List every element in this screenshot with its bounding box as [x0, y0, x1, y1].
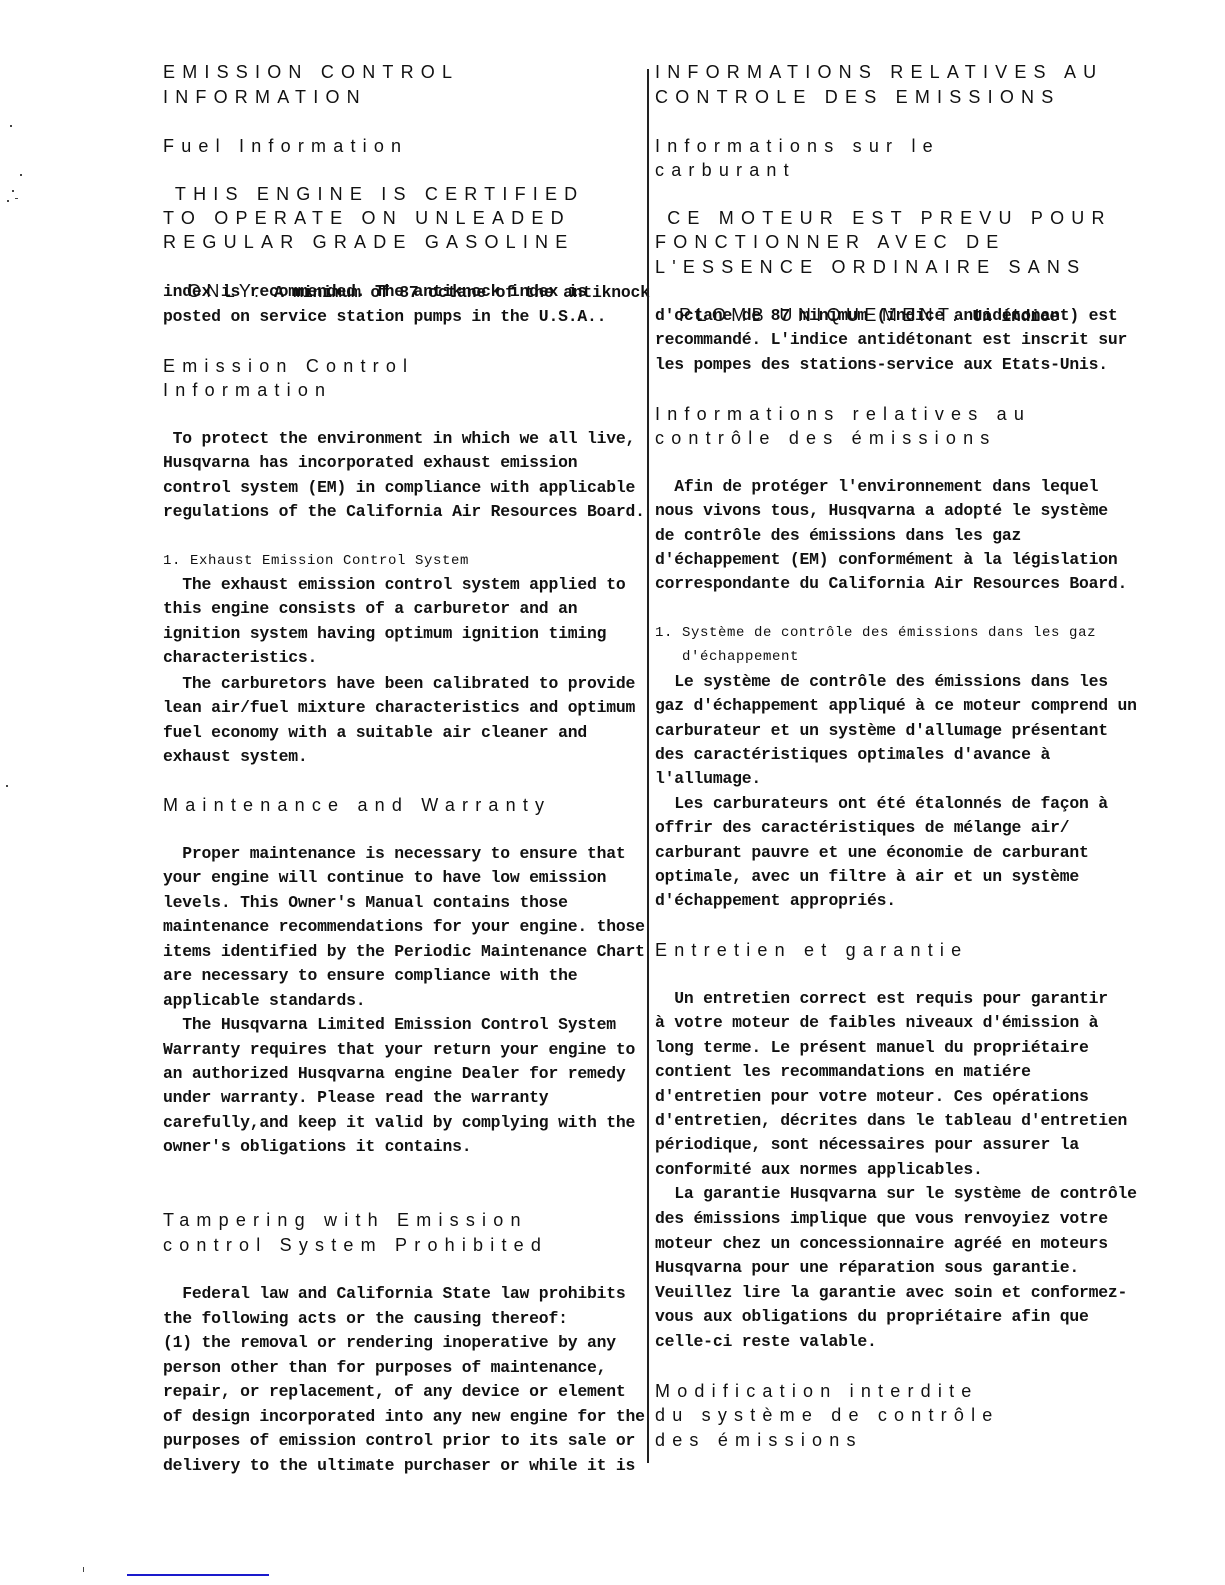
emission-body-line-1: To protect the environment in which we a…: [163, 427, 635, 451]
maintenance-body-fr-line-12: Husqvarna pour une réparation sous garan…: [655, 1256, 1079, 1280]
footer-blue-rule: [127, 1574, 269, 1576]
tampering-body-line-5: repair, or replacement, of any device or…: [163, 1380, 626, 1404]
scan-speck: [12, 190, 14, 192]
fuel-caps-line-2: TO OPERATE ON UNLEADED: [163, 206, 571, 230]
fuel-body-line-2: index is recommended. The antiknock inde…: [163, 280, 587, 304]
fuel-caps-fr-line-3: L'ESSENCE ORDINAIRE SANS: [655, 255, 1086, 279]
page-title-fr-line-2: CONTROLE DES EMISSIONS: [655, 85, 1060, 109]
exhaust-body-fr-line-5: l'allumage.: [655, 767, 761, 791]
maintenance-body-line-1: Proper maintenance is necessary to ensur…: [163, 842, 626, 866]
maintenance-body-line-8: The Husqvarna Limited Emission Control S…: [163, 1013, 616, 1037]
exhaust-subheading-fr-line-1: 1. Système de contrôle des émissions dan…: [655, 621, 1096, 645]
emission-heading-fr-line-2: contrôle des émissions: [655, 426, 997, 450]
emission-body-line-2: Husqvarna has incorporated exhaust emiss…: [163, 451, 577, 475]
exhaust-body-line-8: exhaust system.: [163, 745, 308, 769]
fuel-caps-fr-line-1: CE MOTEUR EST PREVU POUR: [655, 206, 1112, 230]
exhaust-body-line-6: lean air/fuel mixture characteristics an…: [163, 696, 635, 720]
maintenance-body-line-12: carefully,and keep it valid by complying…: [163, 1111, 635, 1135]
emission-body-line-3: control system (EM) in compliance with a…: [163, 476, 635, 500]
maintenance-body-fr-line-15: celle-ci reste valable.: [655, 1330, 877, 1354]
maintenance-body-fr-line-3: long terme. Le présent manuel du proprié…: [655, 1036, 1089, 1060]
scan-speck: [6, 785, 8, 787]
maintenance-body-fr-line-5: d'entretien pour votre moteur. Ces opéra…: [655, 1085, 1089, 1109]
maintenance-body-fr-line-7: périodique, sont nécessaires pour assure…: [655, 1133, 1079, 1157]
exhaust-body-fr-line-9: optimale, avec un filtre à air et un sys…: [655, 865, 1079, 889]
maintenance-body-fr-line-9: La garantie Husqvarna sur le système de …: [655, 1182, 1137, 1206]
scan-speck: [15, 198, 18, 199]
page-title-line-1: EMISSION CONTROL: [163, 60, 459, 84]
fuel-heading-fr-line-2: carburant: [655, 158, 796, 182]
maintenance-body-fr-line-10: des émissions implique que vous renvoyie…: [655, 1207, 1108, 1231]
scan-speck: [83, 1567, 84, 1572]
scan-speck: [7, 200, 9, 202]
fuel-information-heading: Fuel Information: [163, 134, 408, 158]
exhaust-body-fr-line-4: des caractéristiques optimales d'avance …: [655, 743, 1050, 767]
maintenance-body-line-7: applicable standards.: [163, 989, 365, 1013]
page-title-line-2: INFORMATION: [163, 85, 367, 109]
emission-heading-fr-line-1: Informations relatives au: [655, 402, 1031, 426]
exhaust-subheading-fr-line-2: d'échappement: [655, 645, 799, 669]
emission-control-heading-line-1: Emission Control: [163, 354, 414, 378]
column-divider: [647, 69, 649, 1463]
exhaust-body-fr-line-8: carburant pauvre et une économie de carb…: [655, 841, 1089, 865]
fuel-heading-fr-line-1: Informations sur le: [655, 134, 940, 158]
exhaust-body-fr-line-10: d'échappement appropriés.: [655, 889, 896, 913]
exhaust-body-line-3: ignition system having optimum ignition …: [163, 622, 606, 646]
emission-control-heading-line-2: Information: [163, 378, 332, 402]
maintenance-body-fr-line-6: d'entretien, décrites dans le tableau d'…: [655, 1109, 1127, 1133]
tampering-heading-fr-line-3: des émissions: [655, 1428, 863, 1452]
tampering-body-line-6: of design incorporated into any new engi…: [163, 1405, 645, 1429]
fuel-body-fr-line-2: recommandé. L'indice antidétonant est in…: [655, 328, 1127, 352]
tampering-heading-fr-line-2: du système de contrôle: [655, 1403, 1000, 1427]
maintenance-body-line-5: items identified by the Periodic Mainten…: [163, 940, 645, 964]
tampering-heading-line-1: Tampering with Emission: [163, 1208, 528, 1232]
exhaust-body-fr-line-3: carburateur et un système d'allumage pré…: [655, 719, 1108, 743]
exhaust-body-line-4: characteristics.: [163, 646, 317, 670]
tampering-body-line-7: purposes of emission control prior to it…: [163, 1429, 635, 1453]
emission-body-fr-line-4: d'échappement (EM) conformément à la lég…: [655, 548, 1118, 572]
scan-speck: [10, 125, 12, 127]
maintenance-body-line-4: maintenance recommendations for your eng…: [163, 915, 645, 939]
exhaust-body-fr-line-2: gaz d'échappement appliqué à ce moteur c…: [655, 694, 1137, 718]
exhaust-system-subheading: 1. Exhaust Emission Control System: [163, 549, 469, 573]
maintenance-body-line-13: owner's obligations it contains.: [163, 1135, 471, 1159]
maintenance-body-line-9: Warranty requires that your return your …: [163, 1038, 635, 1062]
exhaust-body-fr-line-1: Le système de contrôle des émissions dan…: [655, 670, 1108, 694]
maintenance-body-fr-line-11: moteur chez un concessionnaire agréé en …: [655, 1232, 1108, 1256]
maintenance-body-line-10: an authorized Husqvarna engine Dealer fo…: [163, 1062, 626, 1086]
fuel-line-only: ONLY. A minimum of 87 octane of the anti…: [163, 255, 650, 279]
maintenance-body-line-11: under warranty. Please read the warranty: [163, 1086, 548, 1110]
fuel-caps-line-3: REGULAR GRADE GASOLINE: [163, 230, 574, 254]
maintenance-body-fr-line-8: conformité aux normes applicables.: [655, 1158, 983, 1182]
exhaust-body-fr-line-6: Les carburateurs ont été étalonnés de fa…: [655, 792, 1108, 816]
emission-body-fr-line-3: de contrôle des émissions dans les gaz: [655, 524, 1021, 548]
fuel-body-fr-line-1: d'octane de 87 minimum (indice antidéton…: [655, 304, 1118, 328]
maintenance-body-fr-line-2: à votre moteur de faibles niveaux d'émis…: [655, 1011, 1098, 1035]
emission-body-line-4: regulations of the California Air Resour…: [163, 500, 645, 524]
maintenance-warranty-heading: Maintenance and Warranty: [163, 793, 551, 817]
scan-speck: [20, 174, 22, 176]
tampering-heading-line-2: control System Prohibited: [163, 1233, 548, 1257]
maintenance-body-fr-line-4: contient les recommandations en matiére: [655, 1060, 1031, 1084]
fuel-caps-line-1: THIS ENGINE IS CERTIFIED: [163, 182, 584, 206]
tampering-body-line-8: delivery to the ultimate purchaser or wh…: [163, 1454, 635, 1478]
tampering-body-line-1: Federal law and California State law pro…: [163, 1282, 626, 1306]
fuel-line-plomb: PLOMB UNIQUEMENT. Un indice: [655, 279, 1059, 303]
tampering-body-line-2: the following acts or the causing thereo…: [163, 1307, 568, 1331]
maintenance-body-fr-line-14: vous aux obligations du propriétaire afi…: [655, 1305, 1089, 1329]
fuel-caps-fr-line-2: FONCTIONNER AVEC DE: [655, 230, 1006, 254]
emission-body-fr-line-5: correspondante du California Air Resourc…: [655, 572, 1127, 596]
maintenance-body-line-6: are necessary to ensure compliance with …: [163, 964, 577, 988]
tampering-body-line-3: (1) the removal or rendering inoperative…: [163, 1331, 616, 1355]
maintenance-heading-fr: Entretien et garantie: [655, 938, 968, 962]
tampering-heading-fr-line-1: Modification interdite: [655, 1379, 979, 1403]
maintenance-body-fr-line-13: Veuillez lire la garantie avec soin et c…: [655, 1281, 1127, 1305]
exhaust-body-fr-line-7: offrir des caractéristiques de mélange a…: [655, 816, 1069, 840]
fuel-body-fr-line-3: les pompes des stations-service aux Etat…: [655, 353, 1108, 377]
exhaust-body-line-7: fuel economy with a suitable air cleaner…: [163, 721, 587, 745]
exhaust-body-line-5: The carburetors have been calibrated to …: [163, 672, 635, 696]
fuel-body-line-3: posted on service station pumps in the U…: [163, 305, 606, 329]
exhaust-body-line-1: The exhaust emission control system appl…: [163, 573, 626, 597]
maintenance-body-fr-line-1: Un entretien correct est requis pour gar…: [655, 987, 1108, 1011]
emission-body-fr-line-2: nous vivons tous, Husqvarna a adopté le …: [655, 499, 1108, 523]
exhaust-body-line-2: this engine consists of a carburetor and…: [163, 597, 577, 621]
maintenance-body-line-3: levels. This Owner's Manual contains tho…: [163, 891, 568, 915]
manual-page: EMISSION CONTROL INFORMATION Fuel Inform…: [0, 0, 1225, 1585]
emission-body-fr-line-1: Afin de protéger l'environnement dans le…: [655, 475, 1098, 499]
tampering-body-line-4: person other than for purposes of mainte…: [163, 1356, 606, 1380]
page-title-fr-line-1: INFORMATIONS RELATIVES AU: [655, 60, 1103, 84]
maintenance-body-line-2: your engine will continue to have low em…: [163, 866, 606, 890]
